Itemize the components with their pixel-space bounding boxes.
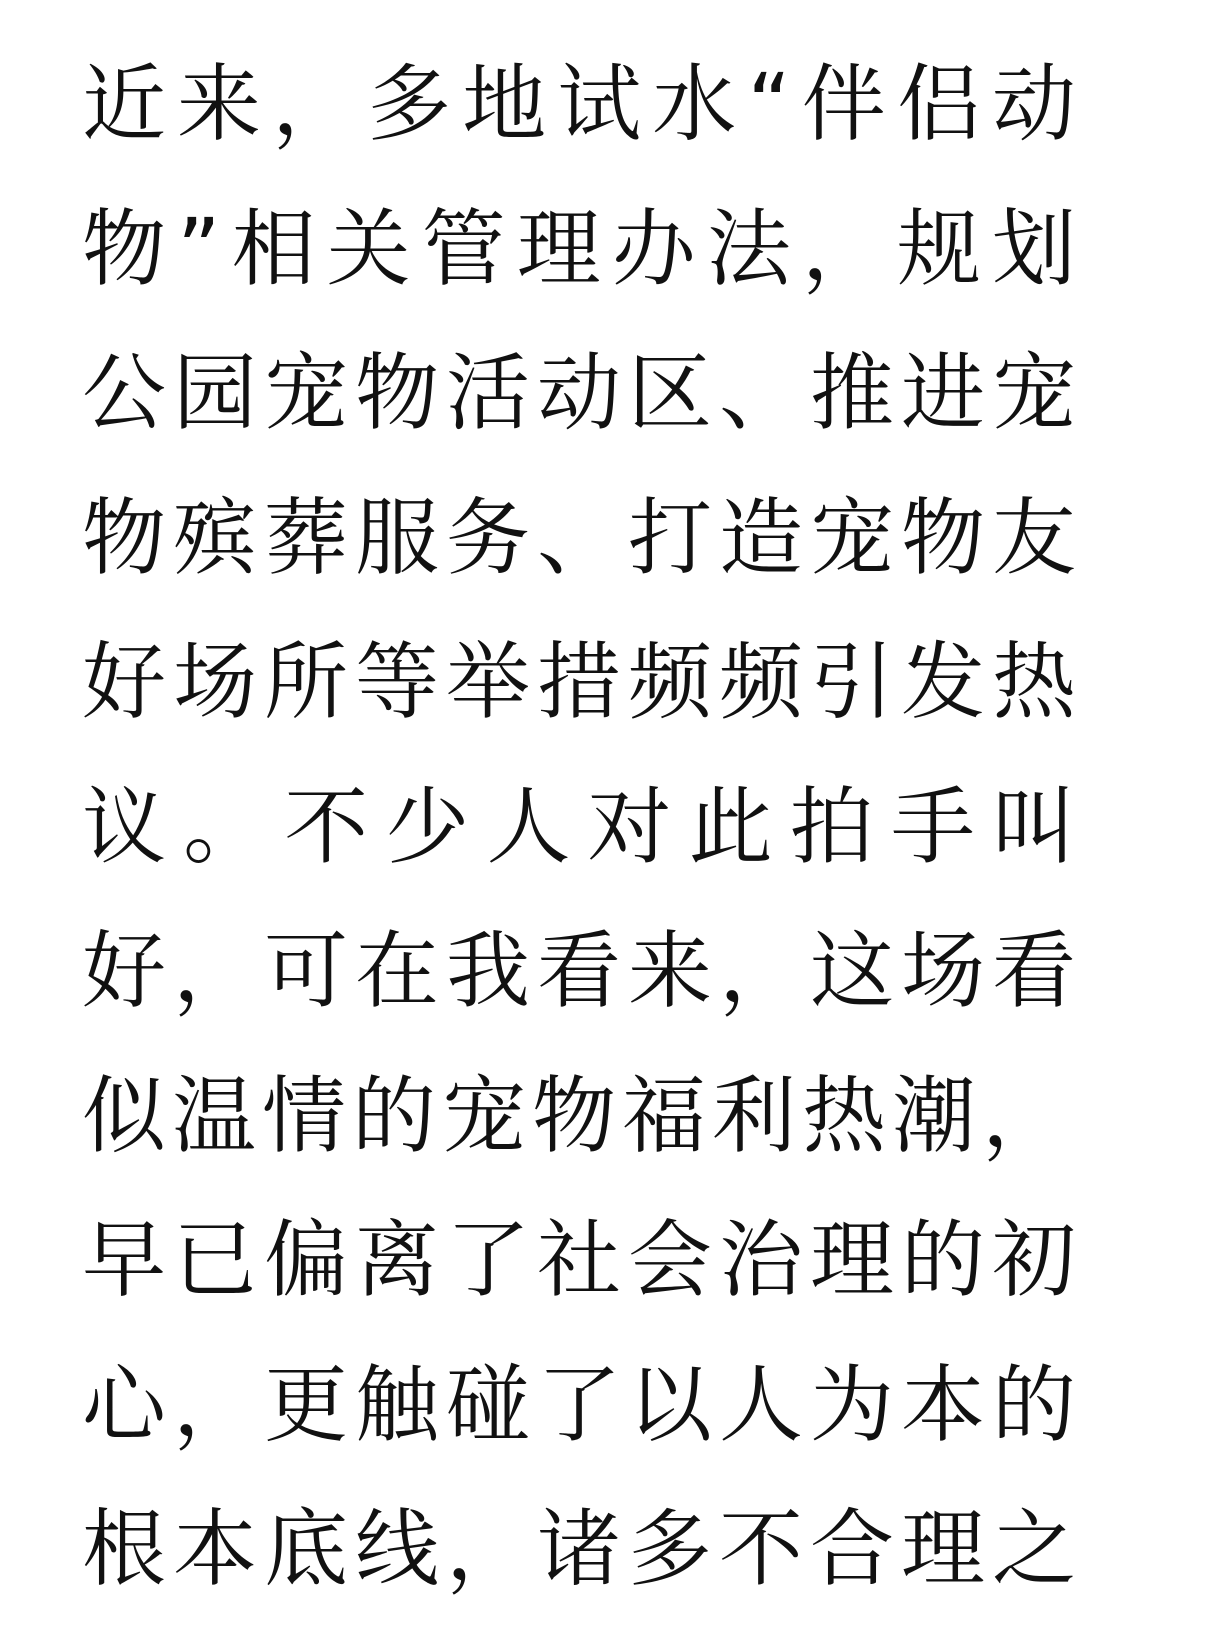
- text-line: 似温情的宠物福利热潮，: [82, 1056, 1082, 1201]
- text-line: 心，更触碰了以人为本的: [82, 1345, 1082, 1490]
- text-line: 好场所等举措频频引发热: [82, 622, 1082, 767]
- text-line: 公园宠物活动区、推进宠: [82, 333, 1082, 478]
- text-line: 早已偏离了社会治理的初: [82, 1200, 1082, 1345]
- text-line: 物殡葬服务、打造宠物友: [82, 478, 1082, 623]
- article-body: 近来，多地试水“伴侣动 物”相关管理办法，规划 公园宠物活动区、推进宠 物殡葬服…: [82, 44, 1082, 1634]
- text-line: 近来，多地试水“伴侣动: [82, 44, 1082, 189]
- text-line: 根本底线，诸多不合理之: [82, 1489, 1082, 1634]
- text-line: 物”相关管理办法，规划: [82, 189, 1082, 334]
- text-line: 好，可在我看来，这场看: [82, 911, 1082, 1056]
- text-line: 议。不少人对此拍手叫: [82, 767, 1082, 912]
